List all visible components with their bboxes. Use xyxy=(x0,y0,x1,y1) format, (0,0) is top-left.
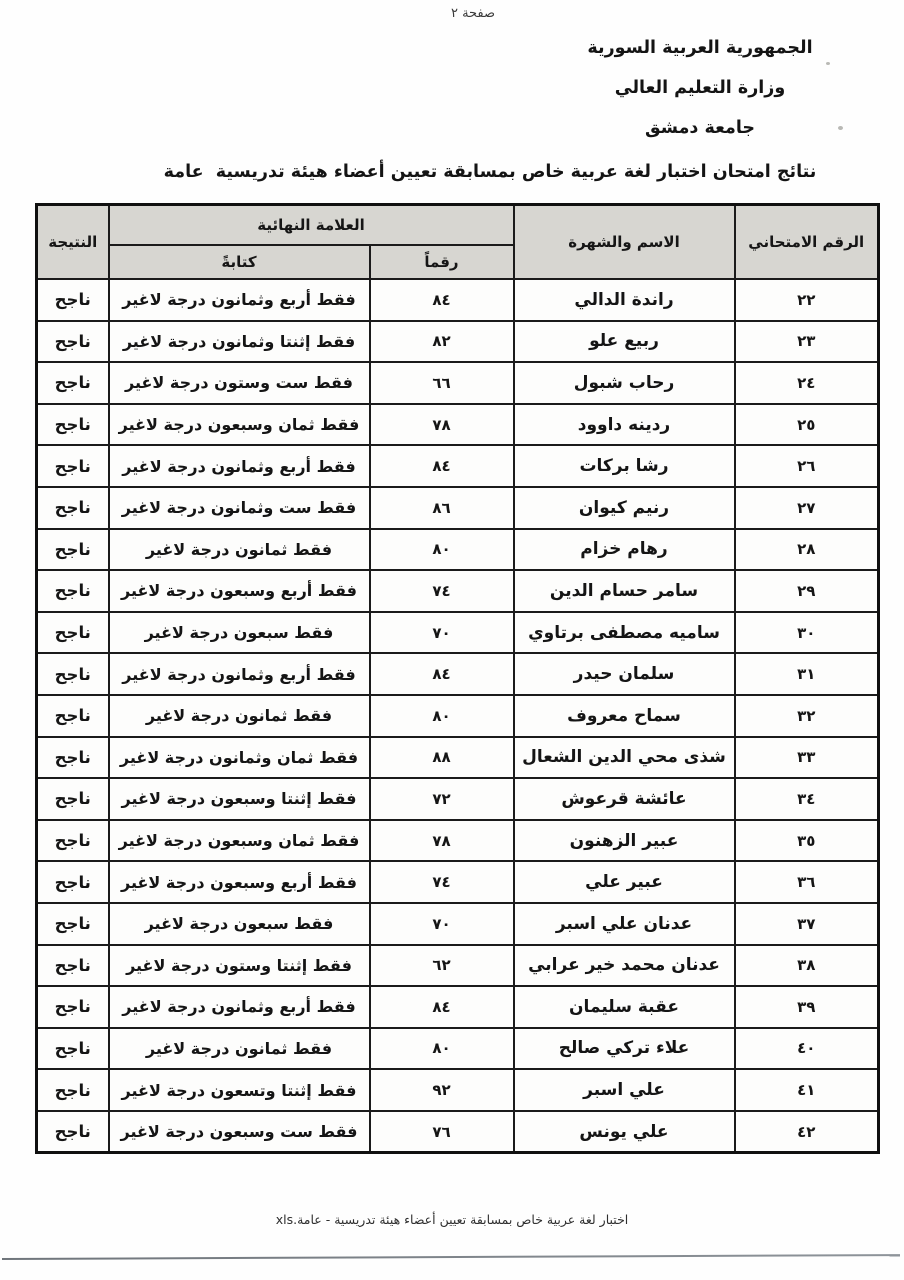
grade-numeric-cell: ٨٤ xyxy=(370,445,514,487)
name-cell: رحاب شبول xyxy=(514,362,735,404)
grade-numeric-cell: ٨٠ xyxy=(370,695,514,737)
document-title: نتائج امتحان اختبار لغة عربية خاص بمسابق… xyxy=(95,162,885,182)
grade-numeric-cell: ٦٦ xyxy=(370,362,514,404)
table-row: ٤٠ علاء تركي صالح ٨٠ فقط ثمانون درجة لاغ… xyxy=(37,1028,879,1070)
footer-filename: اختبار لغة عربية خاص بمسابقة تعيين أعضاء… xyxy=(0,1212,904,1227)
result-cell: ناجح xyxy=(37,321,109,363)
result-cell: ناجح xyxy=(37,653,109,695)
exam-number-cell: ٣٣ xyxy=(735,737,879,779)
org-line-country: الجمهورية العربية السورية xyxy=(535,28,865,68)
result-cell: ناجح xyxy=(37,737,109,779)
grade-written-cell: فقط أربع وسبعون درجة لاغير xyxy=(109,861,370,903)
grade-numeric-cell: ٧٤ xyxy=(370,570,514,612)
grade-numeric-cell: ٨٤ xyxy=(370,653,514,695)
grade-numeric-cell: ٨٢ xyxy=(370,321,514,363)
org-line-ministry: وزارة التعليم العالي xyxy=(535,68,865,108)
name-cell: سماح معروف xyxy=(514,695,735,737)
exam-number-cell: ٢٧ xyxy=(735,487,879,529)
name-cell: عبير علي xyxy=(514,861,735,903)
org-header: الجمهورية العربية السورية وزارة التعليم … xyxy=(535,28,865,148)
exam-number-cell: ٣٦ xyxy=(735,861,879,903)
exam-number-cell: ٣٧ xyxy=(735,903,879,945)
grade-numeric-cell: ٨٠ xyxy=(370,529,514,571)
result-cell: ناجح xyxy=(37,570,109,612)
grade-written-cell: فقط إثنتا وستون درجة لاغير xyxy=(109,945,370,987)
name-cell: سلمان حيدر xyxy=(514,653,735,695)
header-grade-numeric: رقماً xyxy=(370,245,514,279)
exam-number-cell: ٤٠ xyxy=(735,1028,879,1070)
name-cell: سامر حسام الدين xyxy=(514,570,735,612)
exam-number-cell: ٣٤ xyxy=(735,778,879,820)
result-cell: ناجح xyxy=(37,820,109,862)
grade-written-cell: فقط ثمان وسبعون درجة لاغير xyxy=(109,404,370,446)
exam-number-cell: ٣١ xyxy=(735,653,879,695)
bottom-scan-line xyxy=(2,1254,900,1260)
exam-number-cell: ٢٥ xyxy=(735,404,879,446)
document-page: صفحة ٢ الجمهورية العربية السورية وزارة ا… xyxy=(0,0,904,1280)
grade-written-cell: فقط ست وثمانون درجة لاغير xyxy=(109,487,370,529)
name-cell: عدنان علي اسبر xyxy=(514,903,735,945)
name-cell: عبير الزهنون xyxy=(514,820,735,862)
result-cell: ناجح xyxy=(37,445,109,487)
table-row: ٣٥ عبير الزهنون ٧٨ فقط ثمان وسبعون درجة … xyxy=(37,820,879,862)
org-line-university: جامعة دمشق xyxy=(535,108,865,148)
exam-number-cell: ٤١ xyxy=(735,1069,879,1111)
exam-number-cell: ٣٩ xyxy=(735,986,879,1028)
result-cell: ناجح xyxy=(37,279,109,321)
grade-written-cell: فقط أربع وسبعون درجة لاغير xyxy=(109,570,370,612)
table-row: ٢٧ رنيم كيوان ٨٦ فقط ست وثمانون درجة لاغ… xyxy=(37,487,879,529)
table-row: ٣٧ عدنان علي اسبر ٧٠ فقط سبعون درجة لاغي… xyxy=(37,903,879,945)
scan-artifact xyxy=(826,62,830,65)
grade-written-cell: فقط أربع وثمانون درجة لاغير xyxy=(109,445,370,487)
grade-written-cell: فقط أربع وثمانون درجة لاغير xyxy=(109,279,370,321)
header-name: الاسم والشهرة xyxy=(514,205,735,280)
grade-written-cell: فقط ثمانون درجة لاغير xyxy=(109,695,370,737)
grade-written-cell: فقط سبعون درجة لاغير xyxy=(109,612,370,654)
exam-number-cell: ٢٦ xyxy=(735,445,879,487)
table-row: ٢٥ ردينه داوود ٧٨ فقط ثمان وسبعون درجة ل… xyxy=(37,404,879,446)
grade-written-cell: فقط إثنتا وسبعون درجة لاغير xyxy=(109,778,370,820)
table-row: ٤١ علي اسبر ٩٢ فقط إثنتا وتسعون درجة لاغ… xyxy=(37,1069,879,1111)
table-row: ٣٢ سماح معروف ٨٠ فقط ثمانون درجة لاغير ن… xyxy=(37,695,879,737)
result-cell: ناجح xyxy=(37,861,109,903)
grade-numeric-cell: ٩٢ xyxy=(370,1069,514,1111)
results-table-header: الرقم الامتحاني الاسم والشهرة العلامة ال… xyxy=(37,205,879,280)
result-cell: ناجح xyxy=(37,1111,109,1153)
grade-numeric-cell: ٧٦ xyxy=(370,1111,514,1153)
table-row: ٢٦ رشا بركات ٨٤ فقط أربع وثمانون درجة لا… xyxy=(37,445,879,487)
grade-written-cell: فقط أربع وثمانون درجة لاغير xyxy=(109,653,370,695)
name-cell: ردينه داوود xyxy=(514,404,735,446)
results-table: الرقم الامتحاني الاسم والشهرة العلامة ال… xyxy=(35,203,880,1154)
grade-numeric-cell: ٧٠ xyxy=(370,903,514,945)
name-cell: عقبة سليمان xyxy=(514,986,735,1028)
grade-written-cell: فقط ثمان وسبعون درجة لاغير xyxy=(109,820,370,862)
table-row: ٣٠ ساميه مصطفى برتاوي ٧٠ فقط سبعون درجة … xyxy=(37,612,879,654)
header-grade-written: كتابةً xyxy=(109,245,370,279)
table-row: ٣٨ عدنان محمد خير عرابي ٦٢ فقط إثنتا وست… xyxy=(37,945,879,987)
header-final-grade: العلامة النهائية xyxy=(109,205,514,246)
grade-numeric-cell: ٧٨ xyxy=(370,820,514,862)
result-cell: ناجح xyxy=(37,945,109,987)
table-row: ٣٣ شذى محي الدين الشعال ٨٨ فقط ثمان وثما… xyxy=(37,737,879,779)
name-cell: عدنان محمد خير عرابي xyxy=(514,945,735,987)
grade-numeric-cell: ٨٦ xyxy=(370,487,514,529)
exam-number-cell: ٢٣ xyxy=(735,321,879,363)
grade-written-cell: فقط ست وستون درجة لاغير xyxy=(109,362,370,404)
table-row: ٣٩ عقبة سليمان ٨٤ فقط أربع وثمانون درجة … xyxy=(37,986,879,1028)
table-row: ٢٤ رحاب شبول ٦٦ فقط ست وستون درجة لاغير … xyxy=(37,362,879,404)
table-row: ٢٢ راندة الدالي ٨٤ فقط أربع وثمانون درجة… xyxy=(37,279,879,321)
result-cell: ناجح xyxy=(37,404,109,446)
header-exam-number: الرقم الامتحاني xyxy=(735,205,879,280)
name-cell: علي اسبر xyxy=(514,1069,735,1111)
name-cell: علي يونس xyxy=(514,1111,735,1153)
exam-number-cell: ٣٠ xyxy=(735,612,879,654)
name-cell: رنيم كيوان xyxy=(514,487,735,529)
result-cell: ناجح xyxy=(37,1028,109,1070)
grade-numeric-cell: ٧٠ xyxy=(370,612,514,654)
grade-numeric-cell: ٨٠ xyxy=(370,1028,514,1070)
grade-written-cell: فقط ست وسبعون درجة لاغير xyxy=(109,1111,370,1153)
table-row: ٤٢ علي يونس ٧٦ فقط ست وسبعون درجة لاغير … xyxy=(37,1111,879,1153)
grade-written-cell: فقط سبعون درجة لاغير xyxy=(109,903,370,945)
results-table-body: ٢٢ راندة الدالي ٨٤ فقط أربع وثمانون درجة… xyxy=(37,279,879,1153)
exam-number-cell: ٣٨ xyxy=(735,945,879,987)
grade-written-cell: فقط ثمان وثمانون درجة لاغير xyxy=(109,737,370,779)
grade-numeric-cell: ٦٢ xyxy=(370,945,514,987)
grade-numeric-cell: ٨٨ xyxy=(370,737,514,779)
page-number-label: صفحة ٢ xyxy=(438,6,508,21)
scan-artifact xyxy=(838,126,843,130)
table-row: ٣٦ عبير علي ٧٤ فقط أربع وسبعون درجة لاغي… xyxy=(37,861,879,903)
grade-written-cell: فقط ثمانون درجة لاغير xyxy=(109,1028,370,1070)
name-cell: علاء تركي صالح xyxy=(514,1028,735,1070)
grade-written-cell: فقط أربع وثمانون درجة لاغير xyxy=(109,986,370,1028)
exam-number-cell: ٣٥ xyxy=(735,820,879,862)
name-cell: ساميه مصطفى برتاوي xyxy=(514,612,735,654)
result-cell: ناجح xyxy=(37,986,109,1028)
name-cell: رهام خزام xyxy=(514,529,735,571)
result-cell: ناجح xyxy=(37,529,109,571)
name-cell: راندة الدالي xyxy=(514,279,735,321)
grade-numeric-cell: ٨٤ xyxy=(370,986,514,1028)
table-row: ٢٨ رهام خزام ٨٠ فقط ثمانون درجة لاغير نا… xyxy=(37,529,879,571)
name-cell: عائشة قرعوش xyxy=(514,778,735,820)
exam-number-cell: ٣٢ xyxy=(735,695,879,737)
name-cell: رشا بركات xyxy=(514,445,735,487)
result-cell: ناجح xyxy=(37,778,109,820)
name-cell: ربيع علو xyxy=(514,321,735,363)
grade-numeric-cell: ٨٤ xyxy=(370,279,514,321)
result-cell: ناجح xyxy=(37,612,109,654)
grade-written-cell: فقط إثنتا وثمانون درجة لاغير xyxy=(109,321,370,363)
exam-number-cell: ٢٢ xyxy=(735,279,879,321)
result-cell: ناجح xyxy=(37,1069,109,1111)
exam-number-cell: ٢٨ xyxy=(735,529,879,571)
table-row: ٢٣ ربيع علو ٨٢ فقط إثنتا وثمانون درجة لا… xyxy=(37,321,879,363)
header-result: النتيجة xyxy=(37,205,109,280)
exam-number-cell: ٢٩ xyxy=(735,570,879,612)
exam-number-cell: ٤٢ xyxy=(735,1111,879,1153)
grade-written-cell: فقط ثمانون درجة لاغير xyxy=(109,529,370,571)
result-cell: ناجح xyxy=(37,487,109,529)
result-cell: ناجح xyxy=(37,362,109,404)
name-cell: شذى محي الدين الشعال xyxy=(514,737,735,779)
exam-number-cell: ٢٤ xyxy=(735,362,879,404)
table-row: ٢٩ سامر حسام الدين ٧٤ فقط أربع وسبعون در… xyxy=(37,570,879,612)
grade-numeric-cell: ٧٨ xyxy=(370,404,514,446)
table-row: ٣٤ عائشة قرعوش ٧٢ فقط إثنتا وسبعون درجة … xyxy=(37,778,879,820)
grade-numeric-cell: ٧٤ xyxy=(370,861,514,903)
result-cell: ناجح xyxy=(37,903,109,945)
table-row: ٣١ سلمان حيدر ٨٤ فقط أربع وثمانون درجة ل… xyxy=(37,653,879,695)
grade-written-cell: فقط إثنتا وتسعون درجة لاغير xyxy=(109,1069,370,1111)
result-cell: ناجح xyxy=(37,695,109,737)
grade-numeric-cell: ٧٢ xyxy=(370,778,514,820)
